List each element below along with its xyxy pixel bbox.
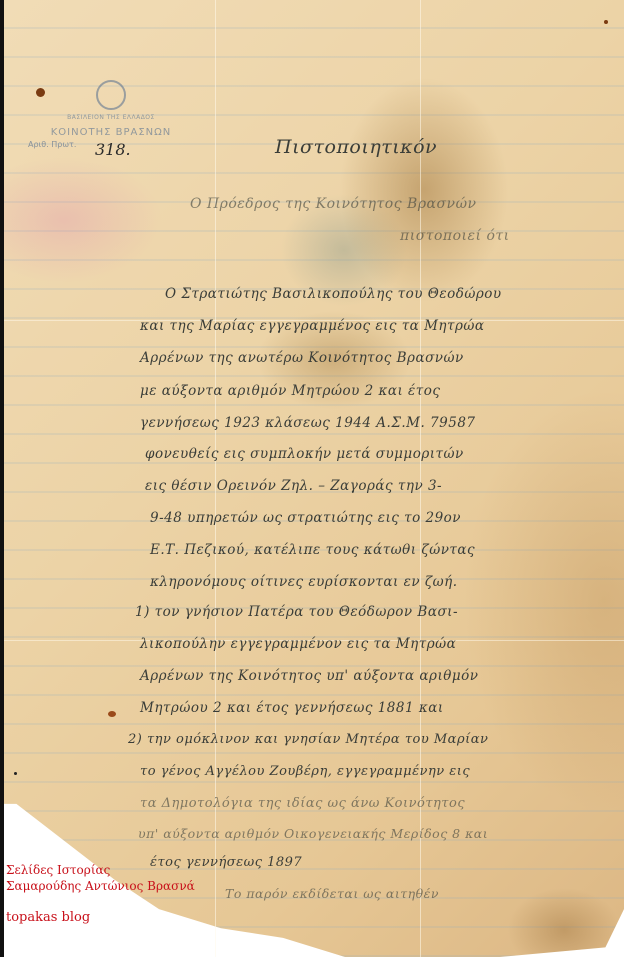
rust-stain <box>108 711 116 717</box>
scan-border <box>0 0 4 957</box>
handwritten-line: κληρονόμους οίτινες ευρίσκονται εν ζωή. <box>150 574 458 590</box>
handwritten-line: και της Μαρίας εγγεγραμμένος εις τα Μητρ… <box>140 318 485 334</box>
watermark-title: Σελίδες Ιστορίας <box>6 862 195 878</box>
handwritten-line: Ε.Τ. Πεζικού, κατέλιπε τους κάτωθι ζώντα… <box>150 542 475 558</box>
handwritten-line: τα Δημοτολόγια της ιδίας ως άνω Κοινότητ… <box>140 796 465 811</box>
handwritten-line: 1) τον γνήσιον Πατέρα του Θεόδωρον Βασι- <box>135 604 458 620</box>
blog-watermark: Σελίδες Ιστορίας Σαμαρούδης Αντώνιος Βρα… <box>6 862 195 926</box>
stamp-community: ΚΟΙΝΟΤΗΣ ΒΡΑΣΝΩΝ <box>36 127 186 138</box>
handwritten-line: το γένος Αγγέλου Ζουβέρη, εγγεγραμμένην … <box>140 764 470 779</box>
handwritten-line: 2) την ομόκλινον και γνησίαν Μητέρα του … <box>128 732 488 747</box>
handwritten-line: Ο Στρατιώτης Βασιλικοπούλης του Θεοδώρου <box>165 286 502 302</box>
handwritten-line: Ο Πρόεδρος της Κοινότητος Βρασνών <box>190 196 477 212</box>
stamp-kingdom: ΒΑΣΙΛΕΙΟΝ ΤΗΣ ΕΛΛΑΔΟΣ <box>36 114 186 121</box>
handwritten-line: λικοπούλην εγγεγραμμένον εις τα Μητρώα <box>140 636 456 652</box>
handwritten-line: εις θέσιν Ορεινόν Ζηλ. – Ζαγοράς την 3- <box>145 478 442 494</box>
handwritten-line: φονευθείς εις συμπλοκήν μετά συμμοριτών <box>145 446 464 462</box>
protocol-number: 318. <box>95 140 131 159</box>
handwritten-line: γεννήσεως 1923 κλάσεως 1944 Α.Σ.Μ. 79587 <box>140 415 476 431</box>
ink-dot <box>14 772 17 775</box>
handwritten-line: με αύξοντα αριθμόν Μητρώου 2 και έτος <box>140 383 440 399</box>
handwritten-line: Αρρένων της ανωτέρω Κοινότητος Βρασνών <box>140 350 464 366</box>
coat-of-arms-icon <box>96 80 126 110</box>
document-title: Πιστοποιητικόν <box>275 136 437 158</box>
handwritten-line: Αρρένων της Κοινότητος υπ' αύξοντα αριθμ… <box>140 668 478 684</box>
handwritten-line: 9-48 υπηρετών ως στρατιώτης εις το 29ον <box>150 510 461 526</box>
handwritten-line: πιστοποιεί ότι <box>400 228 510 244</box>
watermark-blog: topakas blog <box>6 910 195 926</box>
handwritten-line: υπ' αύξοντα αριθμόν Οικογενειακής Μερίδο… <box>138 826 488 841</box>
handwritten-line: Μητρώου 2 και έτος γεννήσεως 1881 και <box>140 700 444 716</box>
handwritten-line: Το παρόν εκδίδεται ως αιτηθέν <box>225 886 439 901</box>
rust-stain <box>604 20 608 24</box>
watermark-author: Σαμαρούδης Αντώνιος Βρασνά <box>6 878 195 894</box>
protocol-label: Αριθ. Πρωτ. <box>28 140 76 149</box>
